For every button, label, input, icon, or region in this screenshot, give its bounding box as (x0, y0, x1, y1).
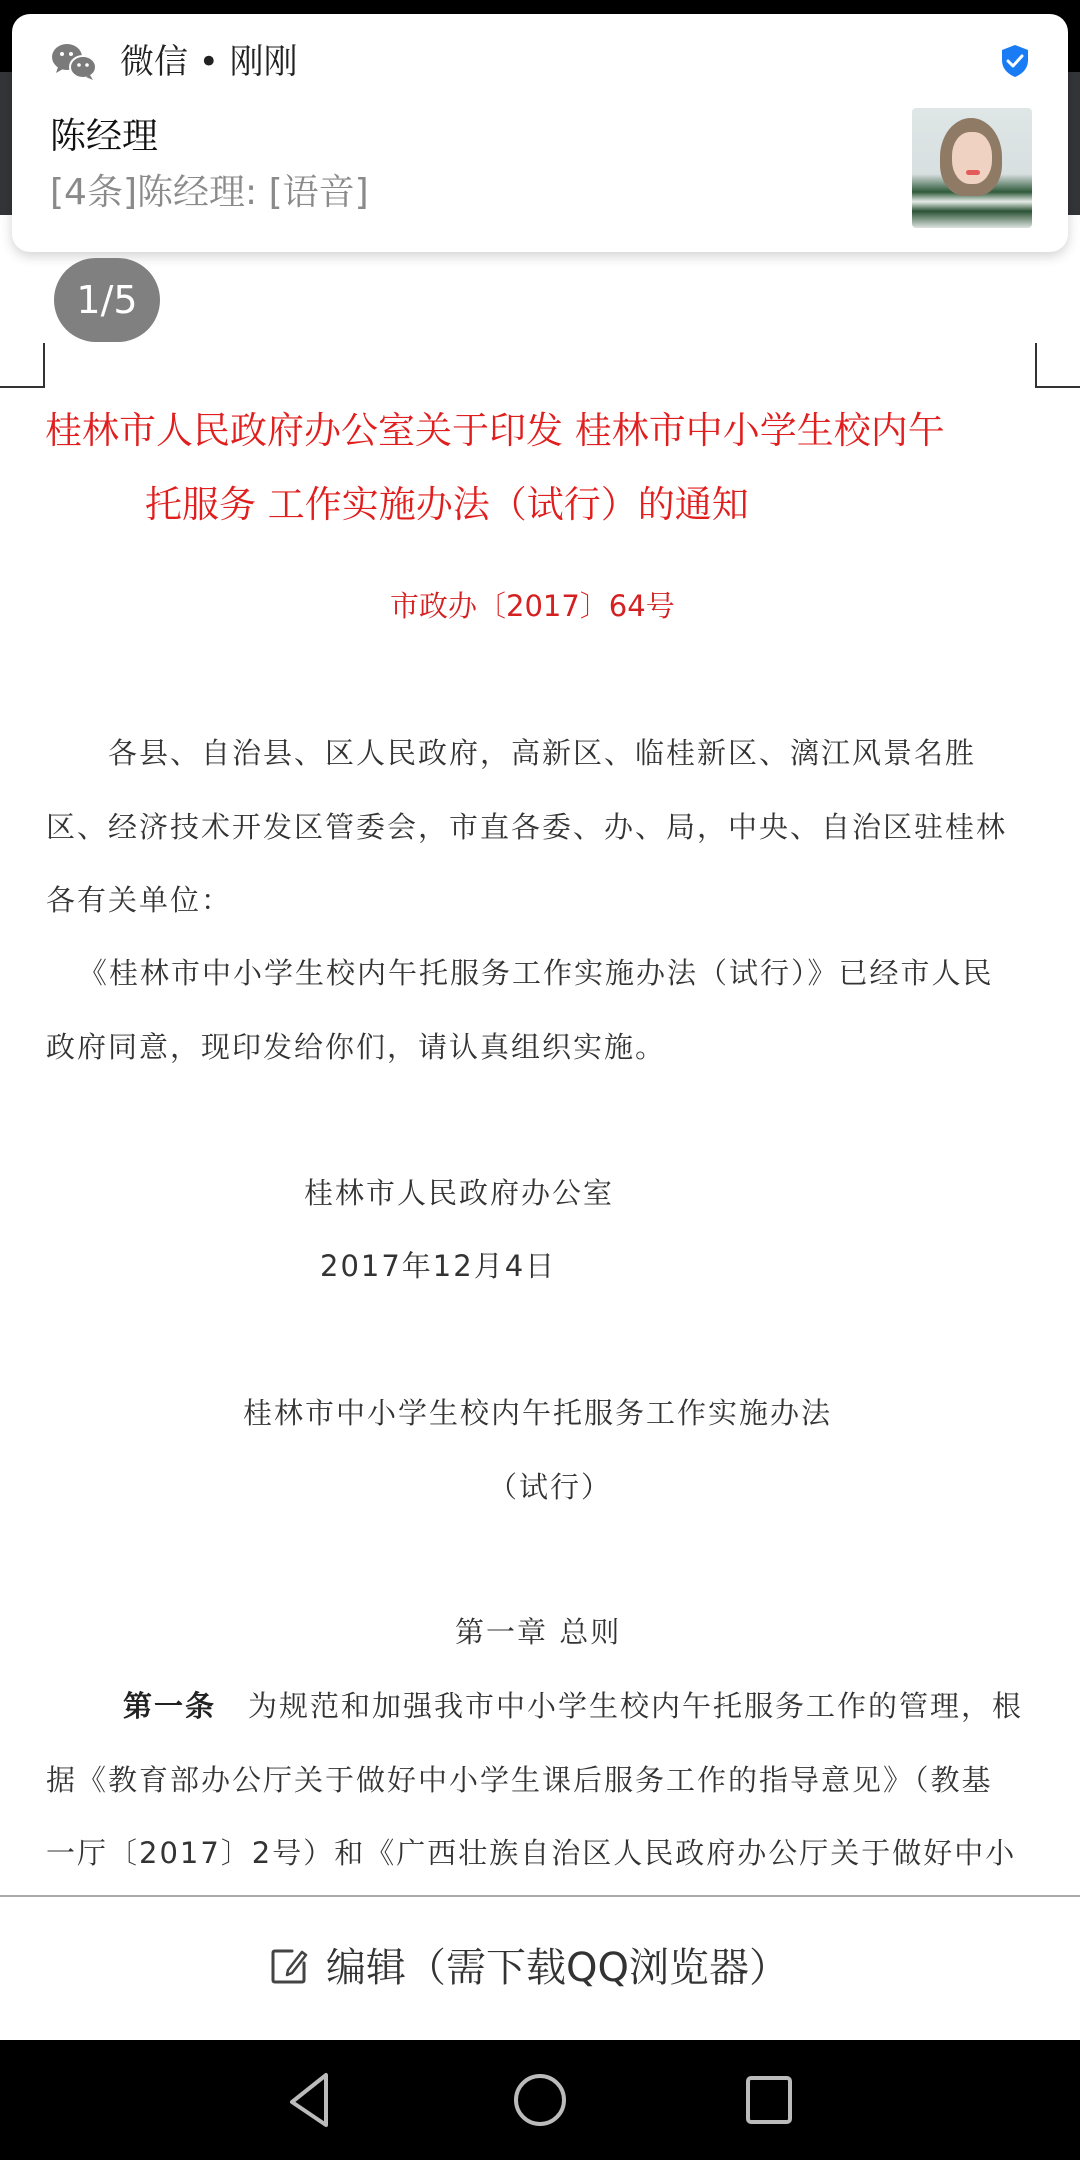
signature-date: 2017年12月4日 (320, 1246, 556, 1286)
page-corner-mark-left (0, 343, 45, 388)
separator: • (188, 42, 230, 82)
notification-time: 刚刚 (230, 42, 298, 82)
paragraph1-line3: 各有关单位： (46, 880, 232, 920)
article1-line3: 一厅〔2017〕2号）和《广西壮族自治区人民政府办公厅关于做好中小 (46, 1833, 1016, 1873)
recents-button[interactable] (739, 2072, 799, 2132)
paragraph1-line2: 区、经济技术开发区管委会，市直各委、办、局，中央、自治区驻桂林 (46, 807, 1007, 847)
page-indicator: 1/5 (54, 258, 160, 342)
back-icon (286, 2071, 334, 2133)
avatar (912, 108, 1032, 228)
recents-icon (744, 2074, 794, 2130)
edit-button[interactable]: 编辑（需下载QQ浏览器） (270, 1940, 789, 1996)
edit-button-label: 编辑（需下载QQ浏览器） (326, 1940, 789, 1996)
app-name: 微信 (120, 42, 188, 82)
notification-header: 微信 • 刚刚 (120, 38, 298, 86)
paragraph2-line2: 政府同意，现印发给你们，请认真组织实施。 (46, 1027, 666, 1067)
paragraph2-line1: 《桂林市中小学生校内午托服务工作实施办法（试行）》已经市人民 (78, 953, 994, 993)
chapter-heading: 第一章 总则 (455, 1612, 621, 1652)
wechat-icon (50, 42, 98, 82)
article1-line1: 为规范和加强我市中小学生校内午托服务工作的管理，根 (248, 1686, 1023, 1726)
page-corner-mark-right (1035, 343, 1080, 388)
paragraph1-line1: 各县、自治县、区人民政府，高新区、临桂新区、漓江风景名胜 (108, 733, 976, 773)
home-button[interactable] (510, 2072, 570, 2132)
signature-org: 桂林市人民政府办公室 (304, 1173, 614, 1213)
bottom-bar-divider (0, 1895, 1080, 1897)
document-title-line1: 桂林市人民政府办公室关于印发 桂林市中小学生校内午 (45, 406, 945, 456)
notification-sender: 陈经理 (50, 112, 158, 162)
navigation-bar (0, 2040, 1080, 2160)
edit-icon (270, 1947, 308, 1989)
back-button[interactable] (280, 2072, 340, 2132)
measures-subtitle-note: （试行） (488, 1467, 612, 1507)
notification-message: [4条]陈经理: [语音] (50, 168, 369, 218)
article1-line2: 据《教育部办公厅关于做好中小学生课后服务工作的指导意见》（教基 (46, 1760, 993, 1800)
article1-label: 第一条 (123, 1686, 216, 1726)
wechat-notification[interactable]: 微信 • 刚刚 陈经理 [4条]陈经理: [语音] (12, 14, 1068, 252)
shield-check-icon (1000, 44, 1030, 78)
document-title-line2: 托服务 工作实施办法（试行）的通知 (145, 480, 749, 530)
document-number: 市政办〔2017〕64号 (390, 586, 675, 626)
home-icon (512, 2072, 568, 2132)
measures-subtitle: 桂林市中小学生校内午托服务工作实施办法 (243, 1393, 832, 1433)
